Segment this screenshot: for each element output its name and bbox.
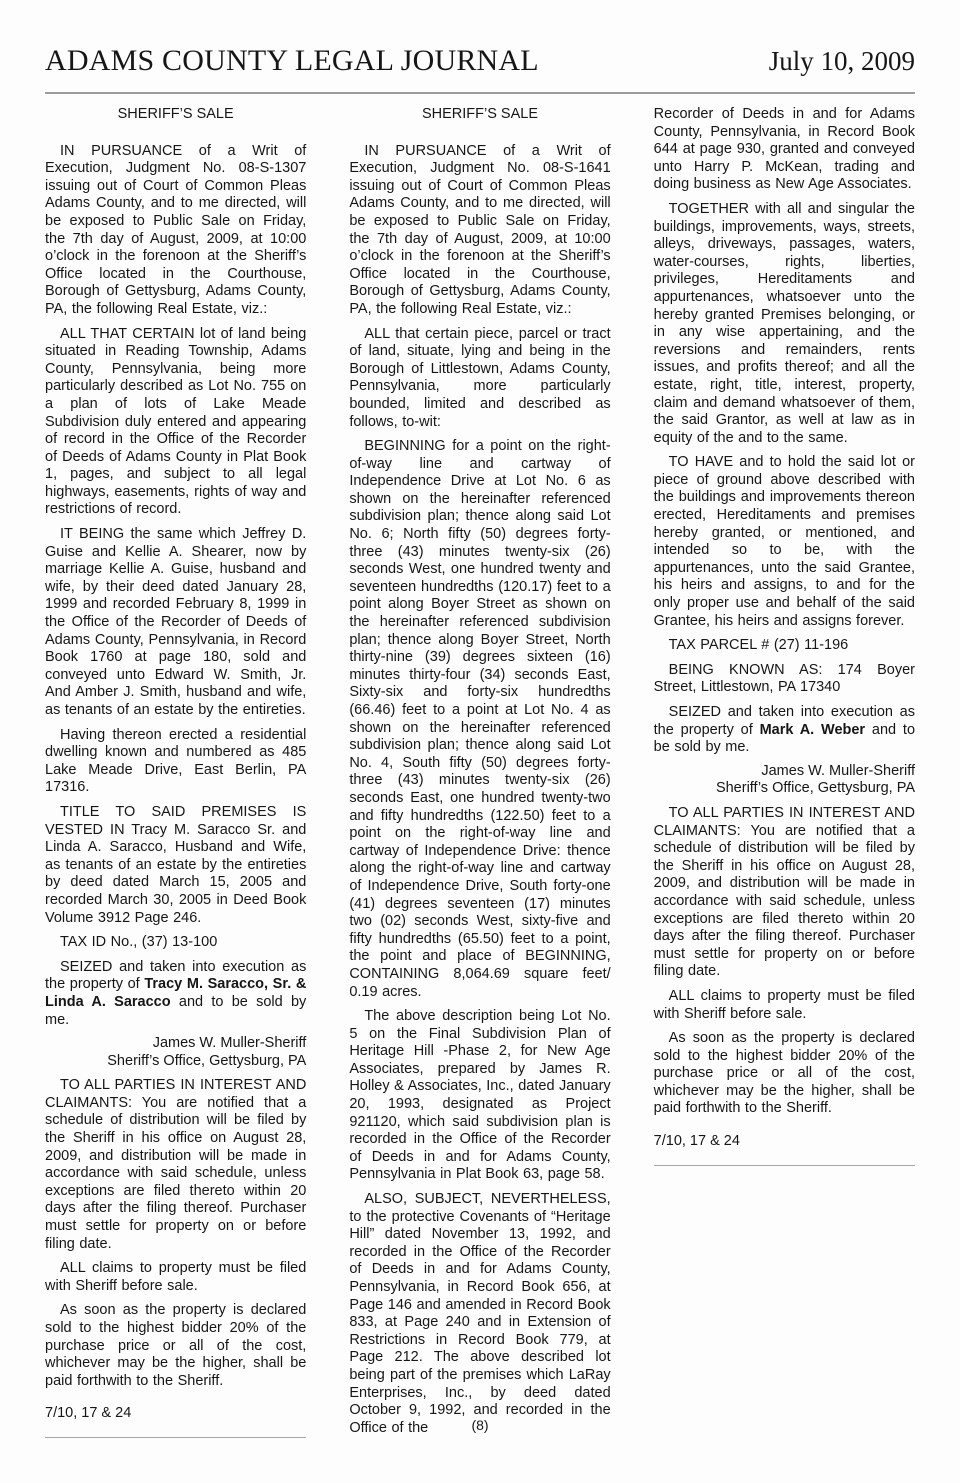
signature-block: James W. Muller-SheriffSheriff’s Office,…	[45, 1029, 306, 1070]
column-rule	[45, 1437, 306, 1438]
body-paragraph: TAX PARCEL # (27) 11-196	[654, 630, 915, 655]
signature-block: James W. Muller-SheriffSheriff’s Office,…	[654, 757, 915, 798]
body-paragraph: BEING KNOWN AS: 174 Boyer Street, Little…	[654, 655, 915, 697]
docket-line: 7/10, 17 & 24	[654, 1118, 915, 1151]
body-paragraph: As soon as the property is declared sold…	[654, 1023, 915, 1118]
body-paragraph: ALL claims to property must be filed wit…	[45, 1253, 306, 1295]
body-paragraph: SEIZED and taken into execution as the p…	[654, 697, 915, 757]
article-columns: SHERIFF’S SALEIN PURSUANCE of a Writ of …	[45, 106, 915, 1438]
body-paragraph: IT BEING the same which Jeffrey D. Guise…	[45, 519, 306, 720]
body-paragraph: As soon as the property is declared sold…	[45, 1295, 306, 1390]
page-header: ADAMS COUNTY LEGAL JOURNAL July 10, 2009	[45, 44, 915, 78]
body-paragraph: TITLE TO SAID PREMISES IS VESTED IN Trac…	[45, 797, 306, 927]
issue-date: July 10, 2009	[769, 46, 915, 77]
body-paragraph: Having thereon erected a residential dwe…	[45, 720, 306, 797]
body-paragraph: BEGINNING for a point on the right-of-wa…	[349, 431, 610, 1001]
body-paragraph: IN PURSUANCE of a Writ of Execution, Jud…	[349, 136, 610, 319]
legal-journal-page: ADAMS COUNTY LEGAL JOURNAL July 10, 2009…	[0, 0, 960, 1483]
page-number: (8)	[0, 1417, 960, 1433]
header-divider	[45, 92, 915, 94]
column-2: SHERIFF’S SALEIN PURSUANCE of a Writ of …	[349, 106, 610, 1438]
column-rule	[654, 1165, 915, 1166]
body-paragraph: TO HAVE and to hold the said lot or piec…	[654, 447, 915, 630]
body-paragraph: SEIZED and taken into execution as the p…	[45, 952, 306, 1029]
body-paragraph: ALL claims to property must be filed wit…	[654, 981, 915, 1023]
body-paragraph: TO ALL PARTIES IN INTEREST AND CLAIMANTS…	[654, 798, 915, 981]
body-paragraph: TO ALL PARTIES IN INTEREST AND CLAIMANTS…	[45, 1070, 306, 1253]
body-paragraph: ALL THAT CERTAIN lot of land being situa…	[45, 319, 306, 520]
section-heading: SHERIFF’S SALE	[349, 106, 610, 124]
body-paragraph: TOGETHER with all and singular the build…	[654, 194, 915, 447]
journal-title: ADAMS COUNTY LEGAL JOURNAL	[45, 44, 539, 78]
column-3: Recorder of Deeds in and for Adams Count…	[654, 106, 915, 1438]
body-paragraph: TAX ID No., (37) 13-100	[45, 927, 306, 952]
body-paragraph: ALSO, SUBJECT, NEVERTHELESS, to the prot…	[349, 1184, 610, 1437]
body-paragraph: ALL that certain piece, parcel or tract …	[349, 319, 610, 432]
section-heading: SHERIFF’S SALE	[45, 106, 306, 124]
body-paragraph: IN PURSUANCE of a Writ of Execution, Jud…	[45, 136, 306, 319]
body-paragraph: The above description being Lot No. 5 on…	[349, 1001, 610, 1184]
body-paragraph: Recorder of Deeds in and for Adams Count…	[654, 106, 915, 194]
column-1: SHERIFF’S SALEIN PURSUANCE of a Writ of …	[45, 106, 306, 1438]
